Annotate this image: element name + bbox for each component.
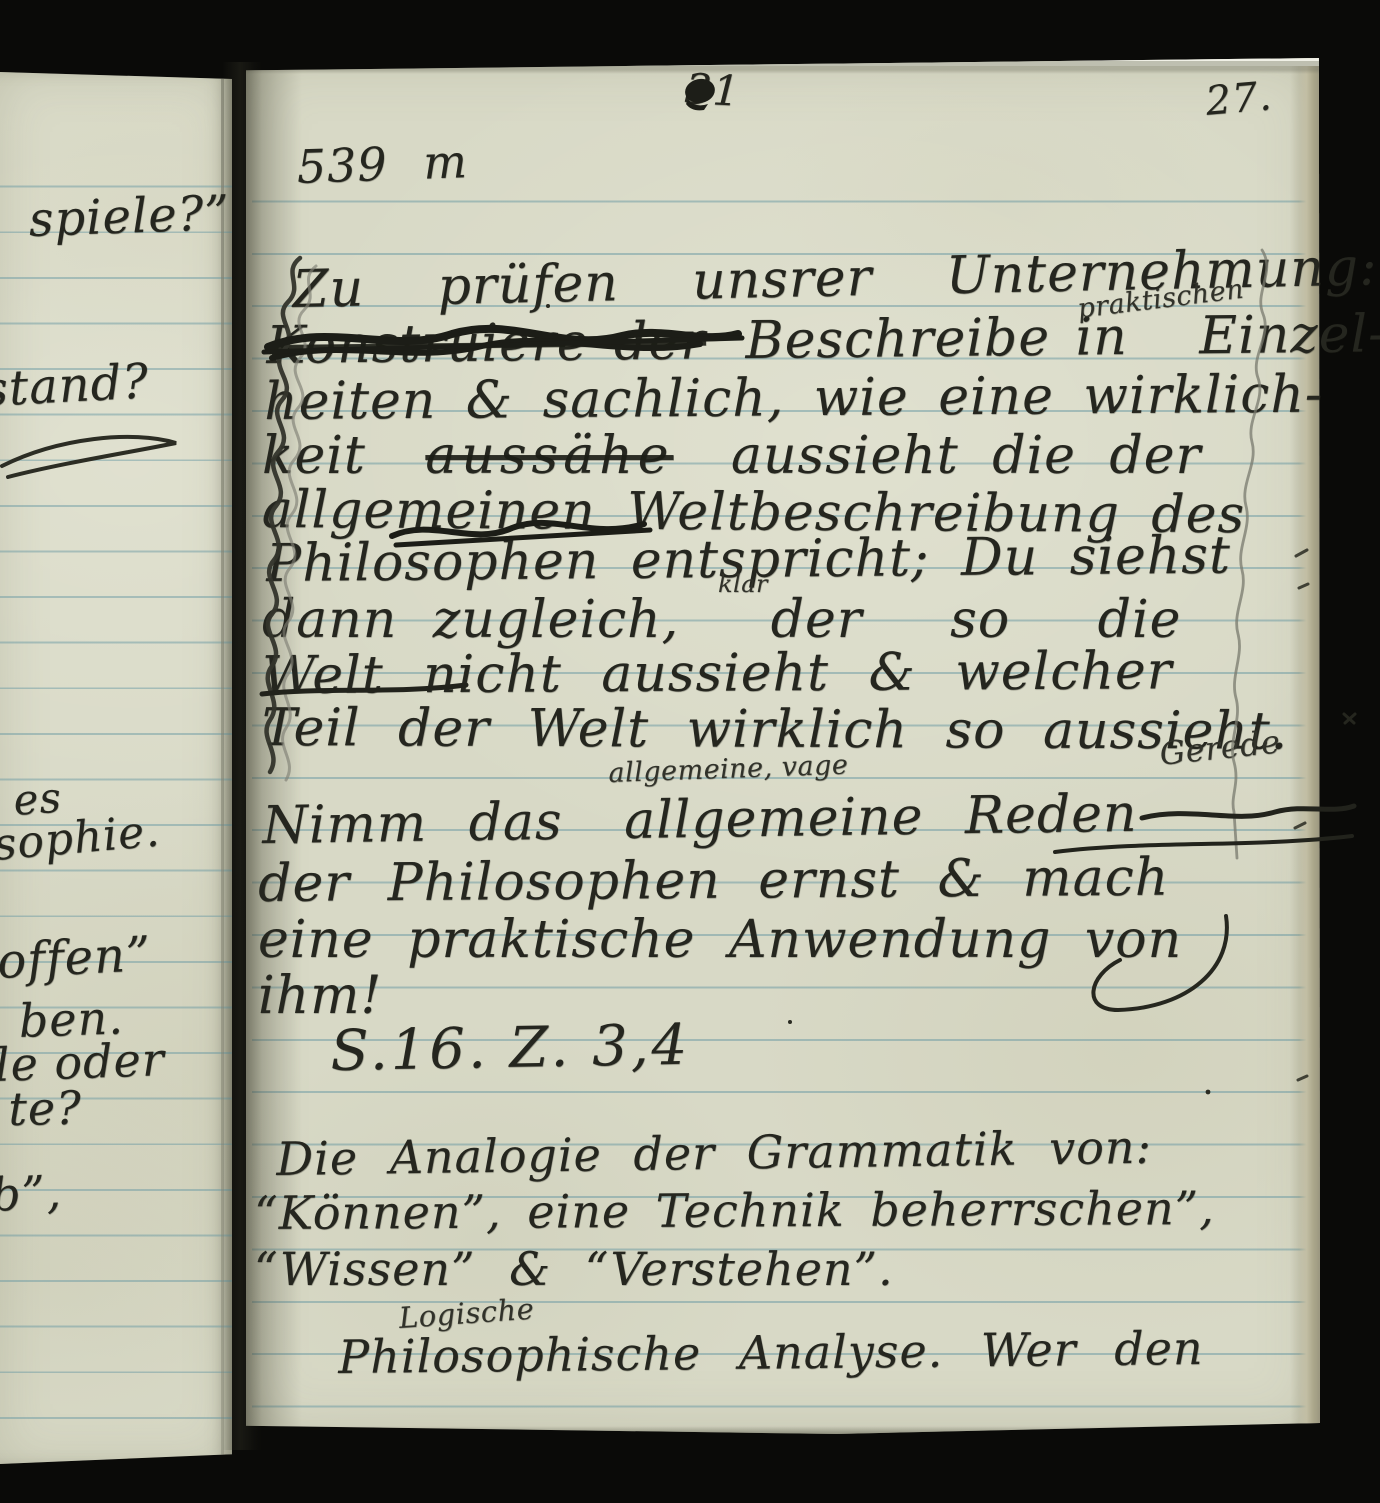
struck-text: Konstruiere der [266, 311, 706, 376]
left-page-fragment: offen” [0, 930, 153, 986]
corner-note: 31 [684, 68, 742, 113]
left-page-fragment: stand? [0, 357, 150, 414]
struck-text: aussähe [425, 426, 673, 486]
interlinear-insertion: klar [718, 572, 768, 596]
manuscript-line: ihm! [258, 970, 382, 1022]
manuscript-line: Teil der Welt wirklich so aussieht. [262, 702, 1288, 758]
manuscript-line: “Wissen” & “Verstehen”. [254, 1246, 894, 1292]
manuscript-line: Nimm das allgemeine Reden [262, 788, 1138, 852]
left-page-fragment: spiele?” [28, 189, 231, 244]
manuscript-line: eine praktische Anwendung von [258, 914, 1182, 966]
left-page-fragment: te? [8, 1085, 82, 1132]
manuscript-text: keit [262, 426, 366, 486]
manuscript-text: dann zugleich, [262, 590, 679, 650]
left-page-fragment: b”, [0, 1168, 63, 1218]
notebook-scan: 31 27. 539 m Zu prüfen unsrer Unternehmu… [0, 0, 1380, 1503]
manuscript-line: Konstruiere der Beschreibe in Einzel- [266, 308, 1380, 372]
manuscript-line: “Können”, eine Technik beherrschen”, [254, 1185, 1215, 1236]
interlinear-insertion: allgemeine, vage [608, 752, 849, 787]
manuscript-text: allgemeine Reden [624, 784, 1138, 851]
manuscript-line: dann zugleich, der so die [262, 594, 1181, 646]
manuscript-line: Die Analogie der Grammatik von: [276, 1124, 1152, 1182]
left-page [0, 72, 232, 1464]
manuscript-line: Philosophische Analyse. Wer den [338, 1325, 1204, 1380]
page-stack-top-edge [246, 58, 1320, 74]
ms-ref: 539 m [296, 138, 469, 190]
manuscript-text: Einzel- [1199, 304, 1380, 366]
page-bottom-edge [246, 1426, 1320, 1434]
manuscript-line: der Philosophen ernst & mach [258, 852, 1169, 910]
page-number: 27. [1204, 76, 1274, 122]
manuscript-text: aussieht die der [731, 426, 1201, 486]
manuscript-line: keit aussähe aussieht die der [262, 430, 1201, 482]
manuscript-text: Nimm das [262, 792, 563, 856]
manuscript-line: Welt nicht aussieht & welcher [262, 645, 1173, 702]
left-page-fragment: le oder [0, 1036, 165, 1088]
manuscript-text: Beschreibe in [745, 307, 1128, 371]
reference-note: S.16. Z. 3,4 [330, 1018, 691, 1080]
manuscript-line: heiten & sachlich, wie eine wirklich- [264, 369, 1324, 428]
